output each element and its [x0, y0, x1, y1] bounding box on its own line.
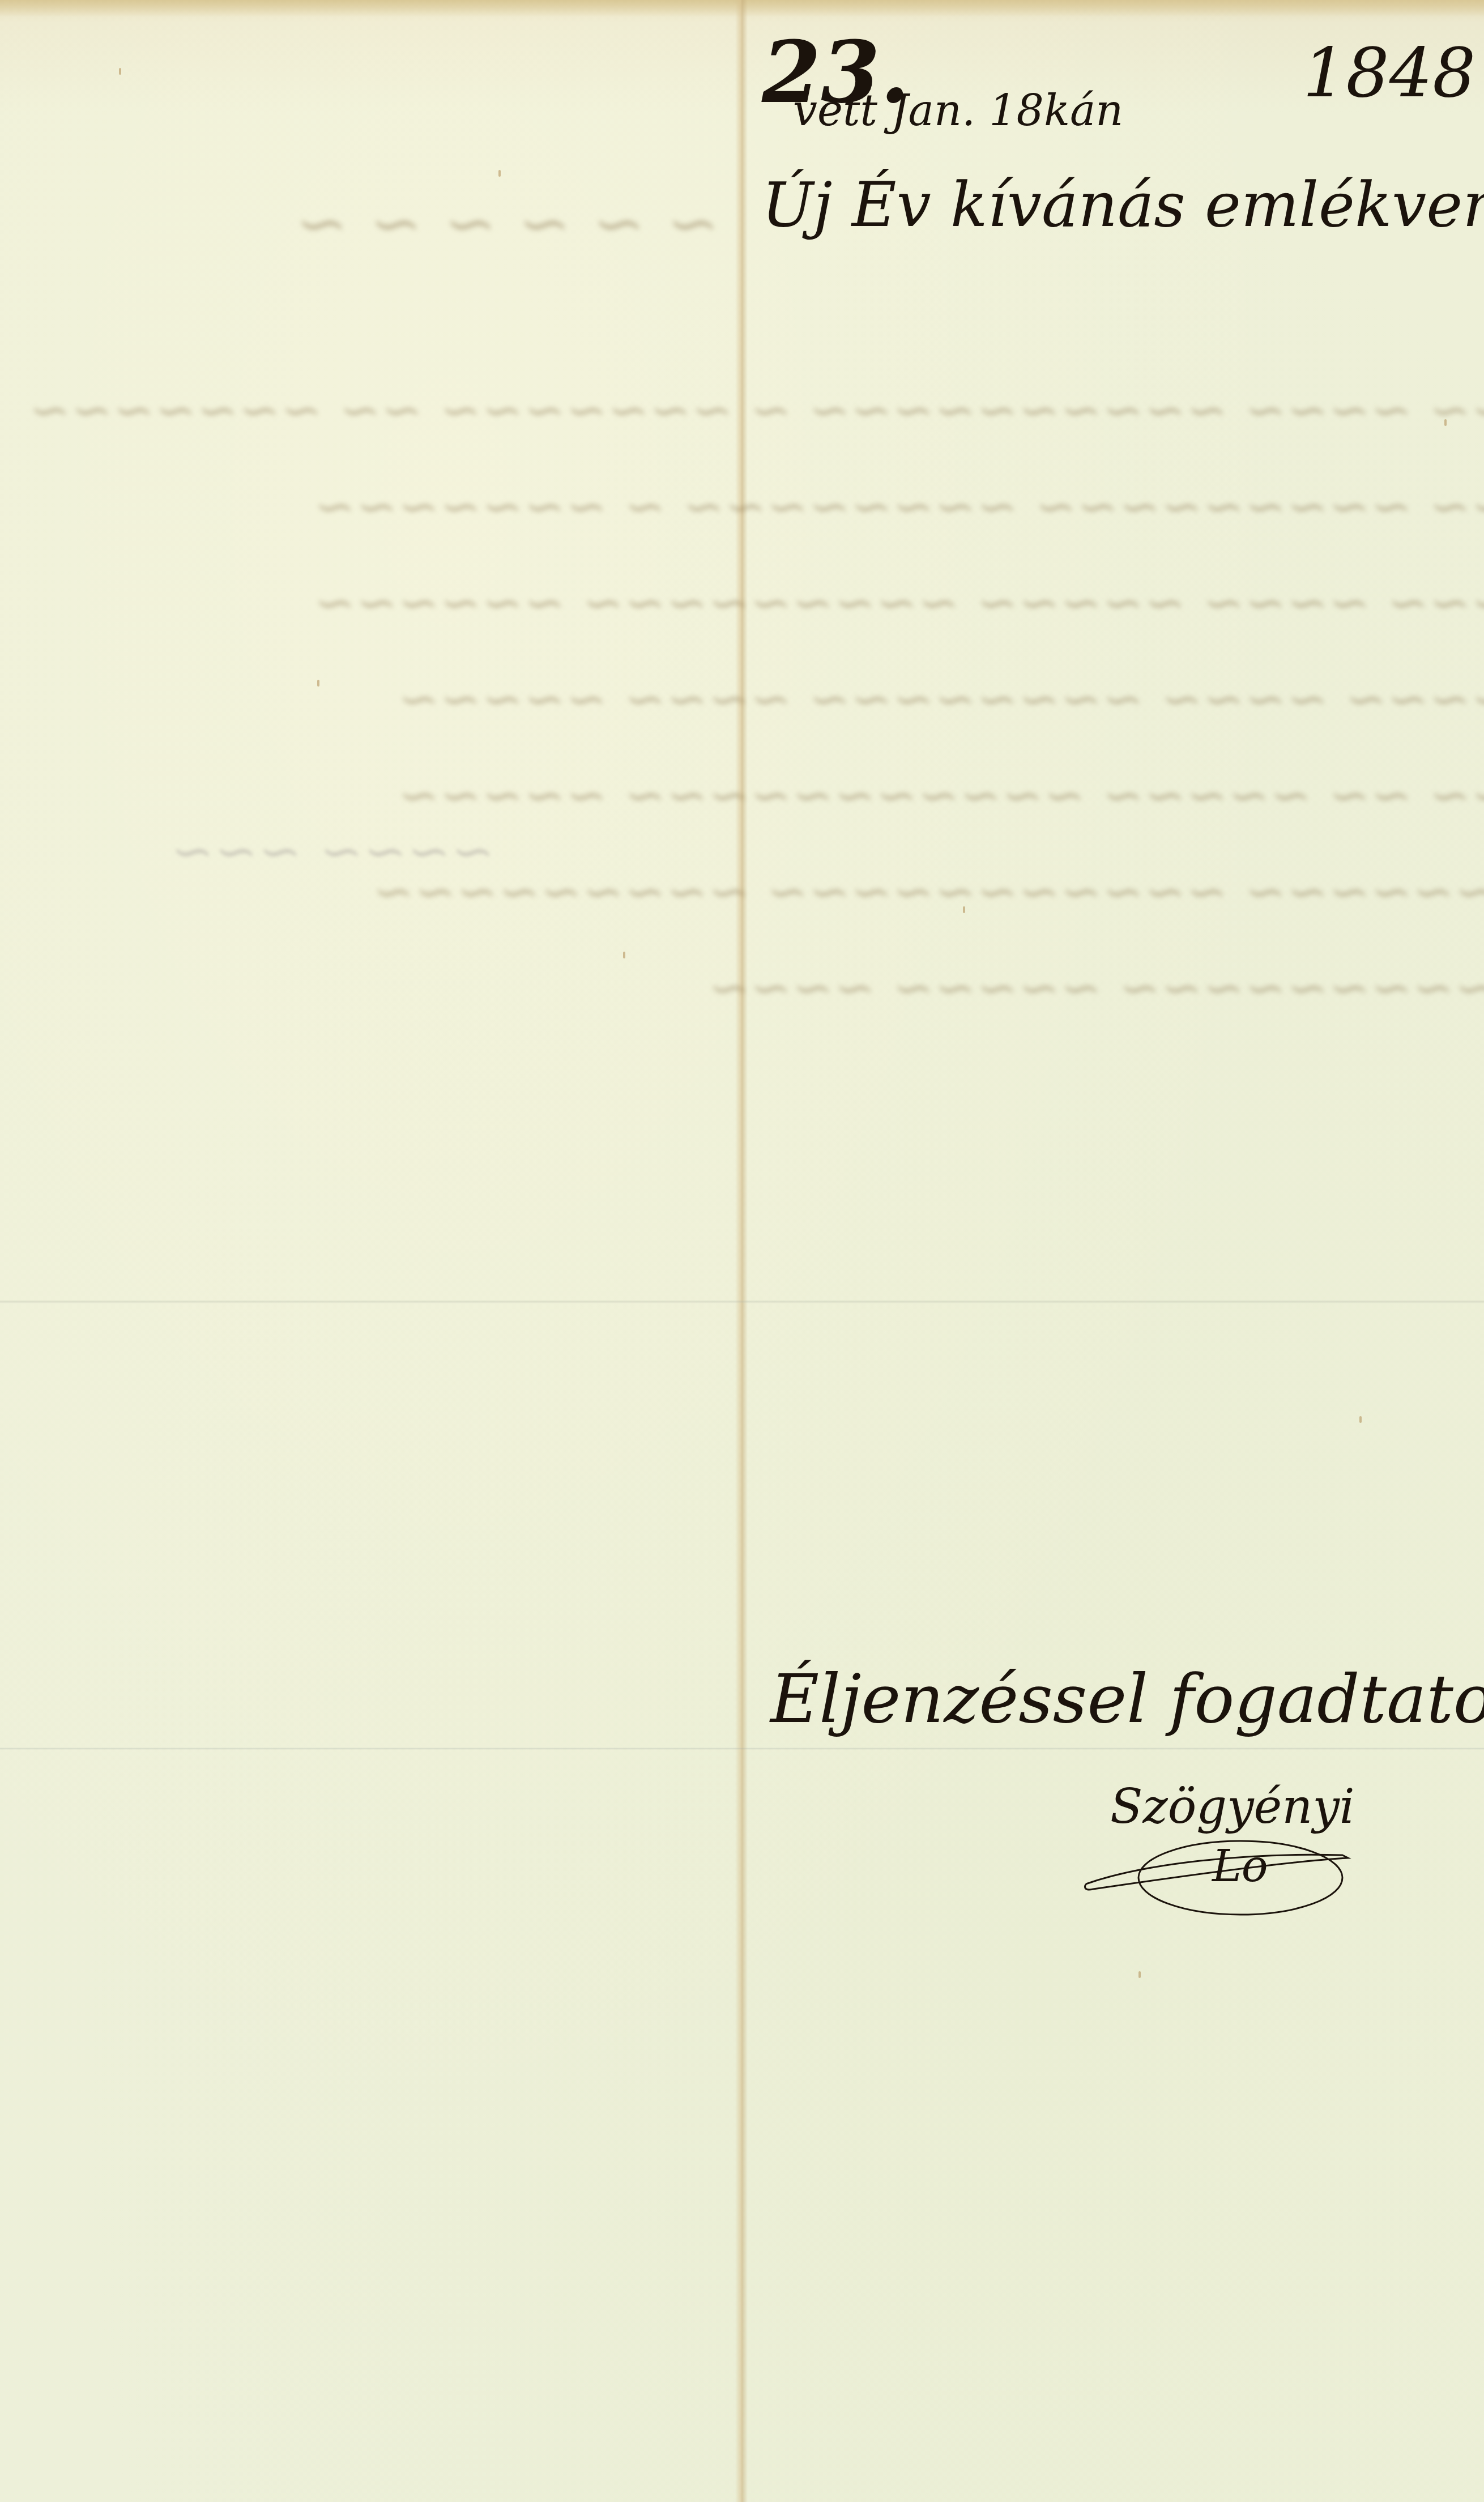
- paper-speck: [623, 952, 625, 958]
- paper-speck: [498, 170, 501, 177]
- paper-speck: [963, 906, 965, 913]
- paper-speck: [1444, 419, 1447, 426]
- document-title: Új Év kívánás emlékversessel: [762, 170, 1484, 241]
- bleed-through-title: ~ ~ ~ ~ ~ ~: [295, 187, 719, 259]
- paper-speck: [119, 68, 121, 75]
- bleed-through-line: ~~~~~~ ~~~~ ~~~~~ ~~~~~~~~~ ~~~~~~: [28, 555, 1484, 651]
- bleed-through-body: ~~~~~ ~~~~ ~~~~~~~~~~ ~ ~~~~~~~ ~~ ~~~~~…: [28, 363, 1484, 1037]
- horizontal-fold-line: [0, 1300, 1484, 1303]
- bleed-through-line: ~~~~~ ~~~~ ~~~~~~~~~~ ~ ~~~~~~~ ~~ ~~~~~…: [28, 363, 1484, 459]
- received-date-note: vett Jan. 18kán: [793, 85, 1123, 135]
- paper-speck: [1138, 1971, 1141, 1978]
- bleed-through-signature: ~~~~ ~~~: [170, 821, 494, 881]
- horizontal-crease: [0, 1747, 1484, 1750]
- document-year: 1848: [1303, 34, 1476, 113]
- paper-speck: [1359, 1416, 1362, 1423]
- bleed-through-line: ~~~~~~~ ~~~~ ~~~~~~~~ ~~~~ ~~~~~: [28, 651, 1484, 748]
- bleed-through-line: ~~~~~ ~~~~~~~~~ ~~~~~~~~ ~ ~~~~~~~: [28, 459, 1484, 555]
- paper-speck: [317, 680, 319, 687]
- closing-remark: Éljenzéssel fogadtatott!: [770, 1660, 1484, 1738]
- signature-initial: Lo: [1212, 1841, 1268, 1892]
- bleed-through-line: ~~ ~~~~~~~~~~ ~~~~~ ~~~~: [28, 940, 1484, 1037]
- signature-name: Szögyényi: [1110, 1779, 1355, 1834]
